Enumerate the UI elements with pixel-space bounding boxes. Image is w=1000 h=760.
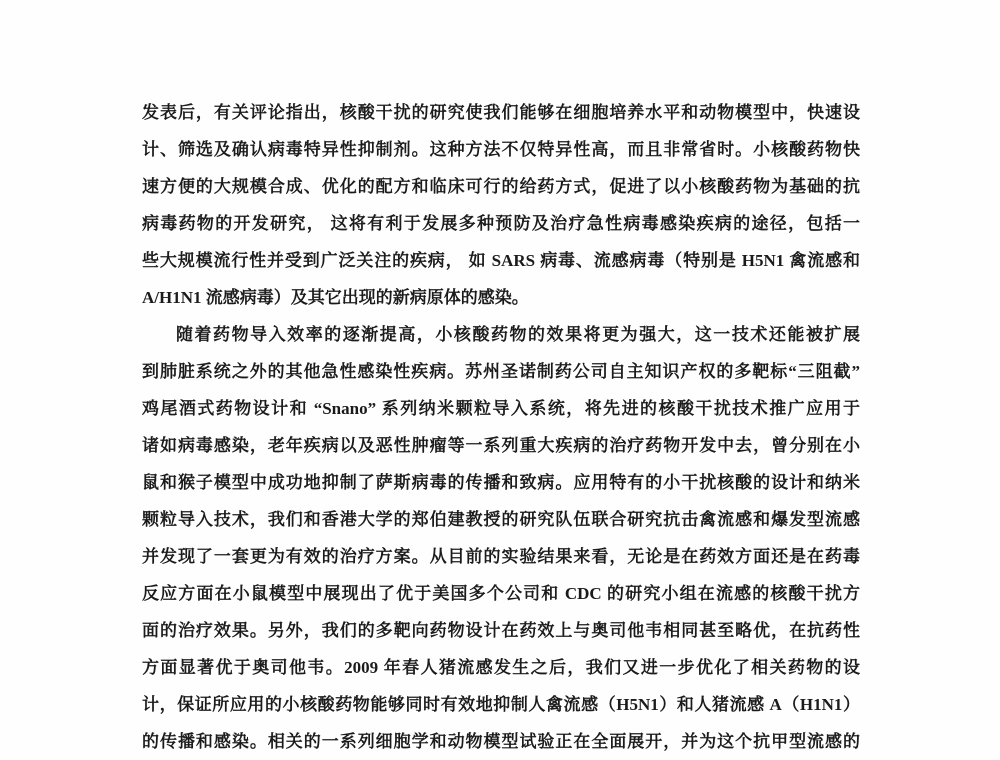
text-line: 鸡尾酒式药物设计和 “Snano” 系列纳米颗粒导入系统，将先进的核酸干扰技术推… (142, 390, 860, 427)
text-line: 面的治疗效果。另外，我们的多靶向药物设计在药效上与奥司他韦相同甚至略优，在抗药性 (142, 612, 860, 649)
text-line: 并发现了一套更为有效的治疗方案。从目前的实验结果来看，无论是在药效方面还是在药毒 (142, 538, 860, 575)
text-line: 颗粒导入技术，我们和香港大学的郑伯建教授的研究队伍联合研究抗击禽流感和爆发型流感 (142, 501, 860, 538)
text-line: 诸如病毒感染，老年疾病以及恶性肿瘤等一系列重大疾病的治疗药物开发中去，曾分别在小 (142, 427, 860, 464)
text-block: 发表后，有关评论指出，核酸干扰的研究使我们能够在细胞培养水平和动物模型中，快速设… (142, 94, 860, 760)
paragraph-1: 发表后，有关评论指出，核酸干扰的研究使我们能够在细胞培养水平和动物模型中，快速设… (142, 94, 860, 316)
text-line: 病毒药物的开发研究， 这将有利于发展多种预防及治疗急性病毒感染疾病的途径，包括一 (142, 205, 860, 242)
text-line: 到肺脏系统之外的其他急性感染性疾病。苏州圣诺制药公司自主知识产权的多靶标“三阻截… (142, 353, 860, 390)
text-line: A/H1N1 流感病毒）及其它出现的新病原体的感染。 (142, 279, 860, 316)
paragraph-2: 随着药物导入效率的逐渐提高，小核酸药物的效果将更为强大，这一技术还能被扩展 到肺… (142, 316, 860, 760)
text-line: 随着药物导入效率的逐渐提高，小核酸药物的效果将更为强大，这一技术还能被扩展 (142, 316, 860, 353)
text-line: 些大规模流行性并受到广泛关注的疾病， 如 SARS 病毒、流感病毒（特别是 H5… (142, 242, 860, 279)
text-line: 发表后，有关评论指出，核酸干扰的研究使我们能够在细胞培养水平和动物模型中，快速设 (142, 94, 860, 131)
text-line: 的传播和感染。相关的一系列细胞学和动物模型试验正在全面展开，并为这个抗甲型流感的 (142, 723, 860, 760)
text-line: 计、筛选及确认病毒特异性抑制剂。这种方法不仅特异性高，而且非常省时。小核酸药物快 (142, 131, 860, 168)
text-line: 鼠和猴子模型中成功地抑制了萨斯病毒的传播和致病。应用特有的小干扰核酸的设计和纳米 (142, 464, 860, 501)
text-line: 计，保证所应用的小核酸药物能够同时有效地抑制人禽流感（H5N1）和人猪流感 A（… (142, 686, 860, 723)
text-line: 方面显著优于奥司他韦。2009 年春人猪流感发生之后，我们又进一步优化了相关药物… (142, 649, 860, 686)
text-line: 反应方面在小鼠模型中展现出了优于美国多个公司和 CDC 的研究小组在流感的核酸干… (142, 575, 860, 612)
text-line: 速方便的大规模合成、优化的配方和临床可行的给药方式，促进了以小核酸药物为基础的抗 (142, 168, 860, 205)
document-page: 发表后，有关评论指出，核酸干扰的研究使我们能够在细胞培养水平和动物模型中，快速设… (0, 0, 1000, 760)
